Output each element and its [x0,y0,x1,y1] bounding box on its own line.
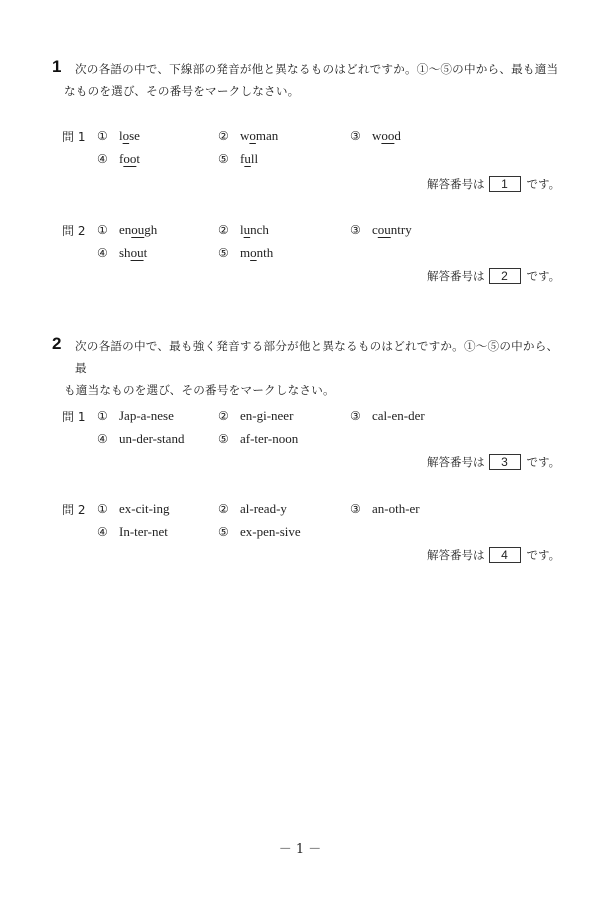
section-instruction: 次の各語の中で、最も強く発音する部分が他と異なるものはどれですか。①～⑤の中から… [75,335,565,401]
option-3: ③country [350,222,412,238]
option-4: ④shout [97,245,147,261]
option-5: ⑤af-ter-noon [218,431,298,447]
question-label: 問 2 [62,222,85,239]
option-2: ②en-gi-neer [218,408,293,424]
question-label: 問 1 [62,128,85,145]
option-5: ⑤month [218,245,273,261]
page-number: － 1 － [0,838,600,857]
option-3: ③an-oth-er [350,501,420,517]
answer-box: 4 [489,547,521,563]
answer-box: 2 [489,268,521,284]
answer-box: 3 [489,454,521,470]
option-5: ⑤ex-pen-sive [218,524,301,540]
question-label: 問 2 [62,501,85,518]
option-4: ④foot [97,151,140,167]
option-1: ①enough [97,222,157,238]
option-3: ③wood [350,128,401,144]
answer-number-line: 解答番号は 3 です。 [427,454,560,470]
option-1: ①Jap-a-nese [97,408,174,424]
option-4: ④un-der-stand [97,431,184,447]
option-2: ②al-read-y [218,501,287,517]
option-2: ②woman [218,128,278,144]
option-3: ③cal-en-der [350,408,425,424]
section-number: 1 [52,57,61,77]
instruction-line-1: 次の各語の中で、下線部の発音が他と異なるものはどれですか。①～⑤の中から、最も適… [75,62,558,76]
section-instruction: 次の各語の中で、下線部の発音が他と異なるものはどれですか。①～⑤の中から、最も適… [75,58,565,102]
instruction-line-1: 次の各語の中で、最も強く発音する部分が他と異なるものはどれですか。①～⑤の中から… [75,339,558,375]
instruction-line-2: なものを選び、その番号をマークしなさい。 [64,80,565,102]
instruction-line-2: も適当なものを選び、その番号をマークしなさい。 [64,379,565,401]
answer-number-line: 解答番号は 1 です。 [427,176,560,192]
question-label: 問 1 [62,408,85,425]
option-1: ①ex-cit-ing [97,501,170,517]
answer-number-line: 解答番号は 4 です。 [427,547,560,563]
option-1: ①lose [97,128,140,144]
option-4: ④In-ter-net [97,524,168,540]
answer-number-line: 解答番号は 2 です。 [427,268,560,284]
option-5: ⑤full [218,151,258,167]
answer-box: 1 [489,176,521,192]
section-number: 2 [52,334,61,354]
option-2: ②lunch [218,222,269,238]
